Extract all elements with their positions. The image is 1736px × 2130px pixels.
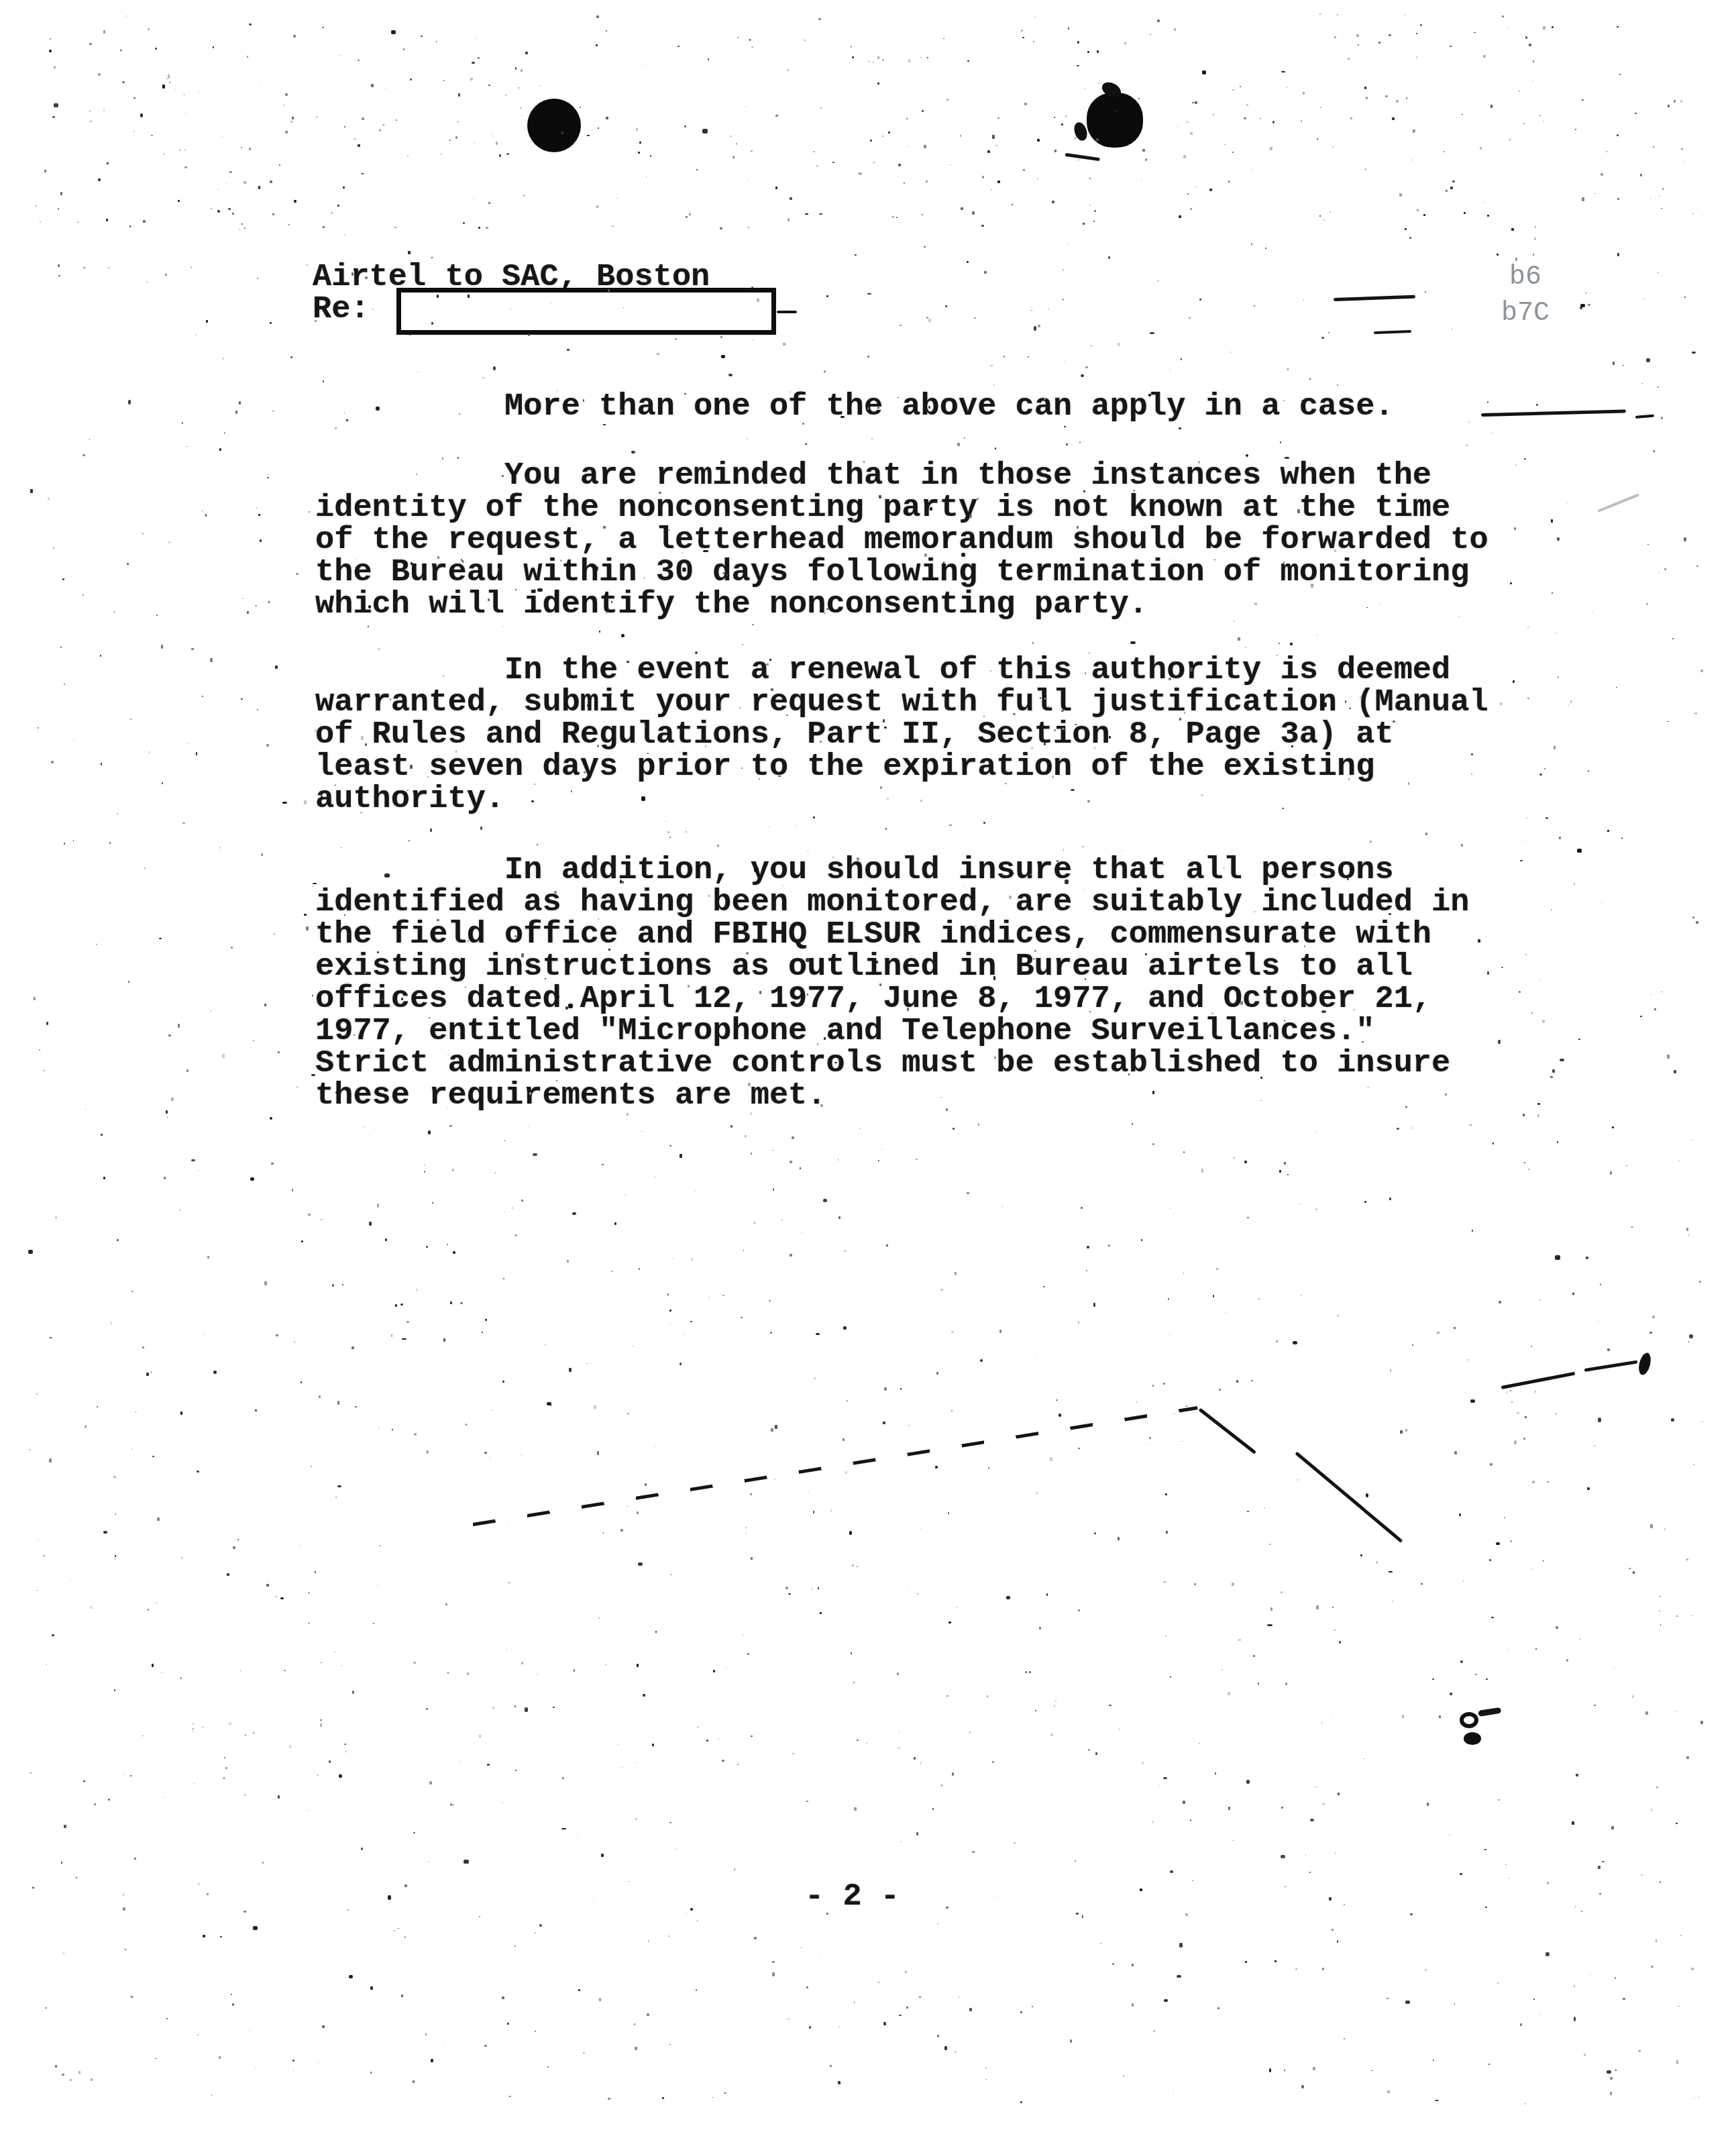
- paragraph: You are reminded that in those instances…: [315, 460, 1488, 621]
- page-number: - 2 -: [805, 1881, 900, 1913]
- ink-blob: [1460, 1712, 1478, 1728]
- scratch-mark: [1501, 1372, 1576, 1389]
- scratch-mark: [1065, 153, 1100, 161]
- scratch-mark: [473, 1406, 1198, 1526]
- re-label: Re:: [313, 294, 370, 326]
- scratch-mark: [1481, 409, 1626, 417]
- ink-blob: [1464, 1732, 1481, 1745]
- scratch-mark: [1295, 1452, 1403, 1543]
- scratch-mark: [1374, 330, 1411, 334]
- hole-punch-mark: [527, 99, 581, 152]
- scratch-mark: [1334, 295, 1415, 301]
- scratch-mark: [1597, 493, 1639, 512]
- scratch-mark: [777, 311, 797, 313]
- redaction-box: [396, 288, 776, 335]
- exemption-code-b6: b6: [1509, 263, 1541, 292]
- paragraph: In the event a renewal of this authority…: [315, 655, 1488, 816]
- scratch-mark: [1198, 1408, 1256, 1454]
- paragraph: More than one of the above can apply in …: [315, 391, 1394, 423]
- exemption-code-b7c: b7C: [1501, 299, 1550, 329]
- scratch-mark: [1478, 1707, 1501, 1717]
- paragraph: In addition, you should insure that all …: [315, 855, 1469, 1112]
- scanned-document-page: Airtel to SAC, Boston Re: b6 b7C More th…: [0, 0, 1736, 2130]
- scratch-mark: [1584, 1361, 1638, 1372]
- ink-blob: [1637, 1352, 1653, 1377]
- scratch-mark: [1635, 415, 1654, 419]
- hole-punch-mark: [1087, 93, 1143, 148]
